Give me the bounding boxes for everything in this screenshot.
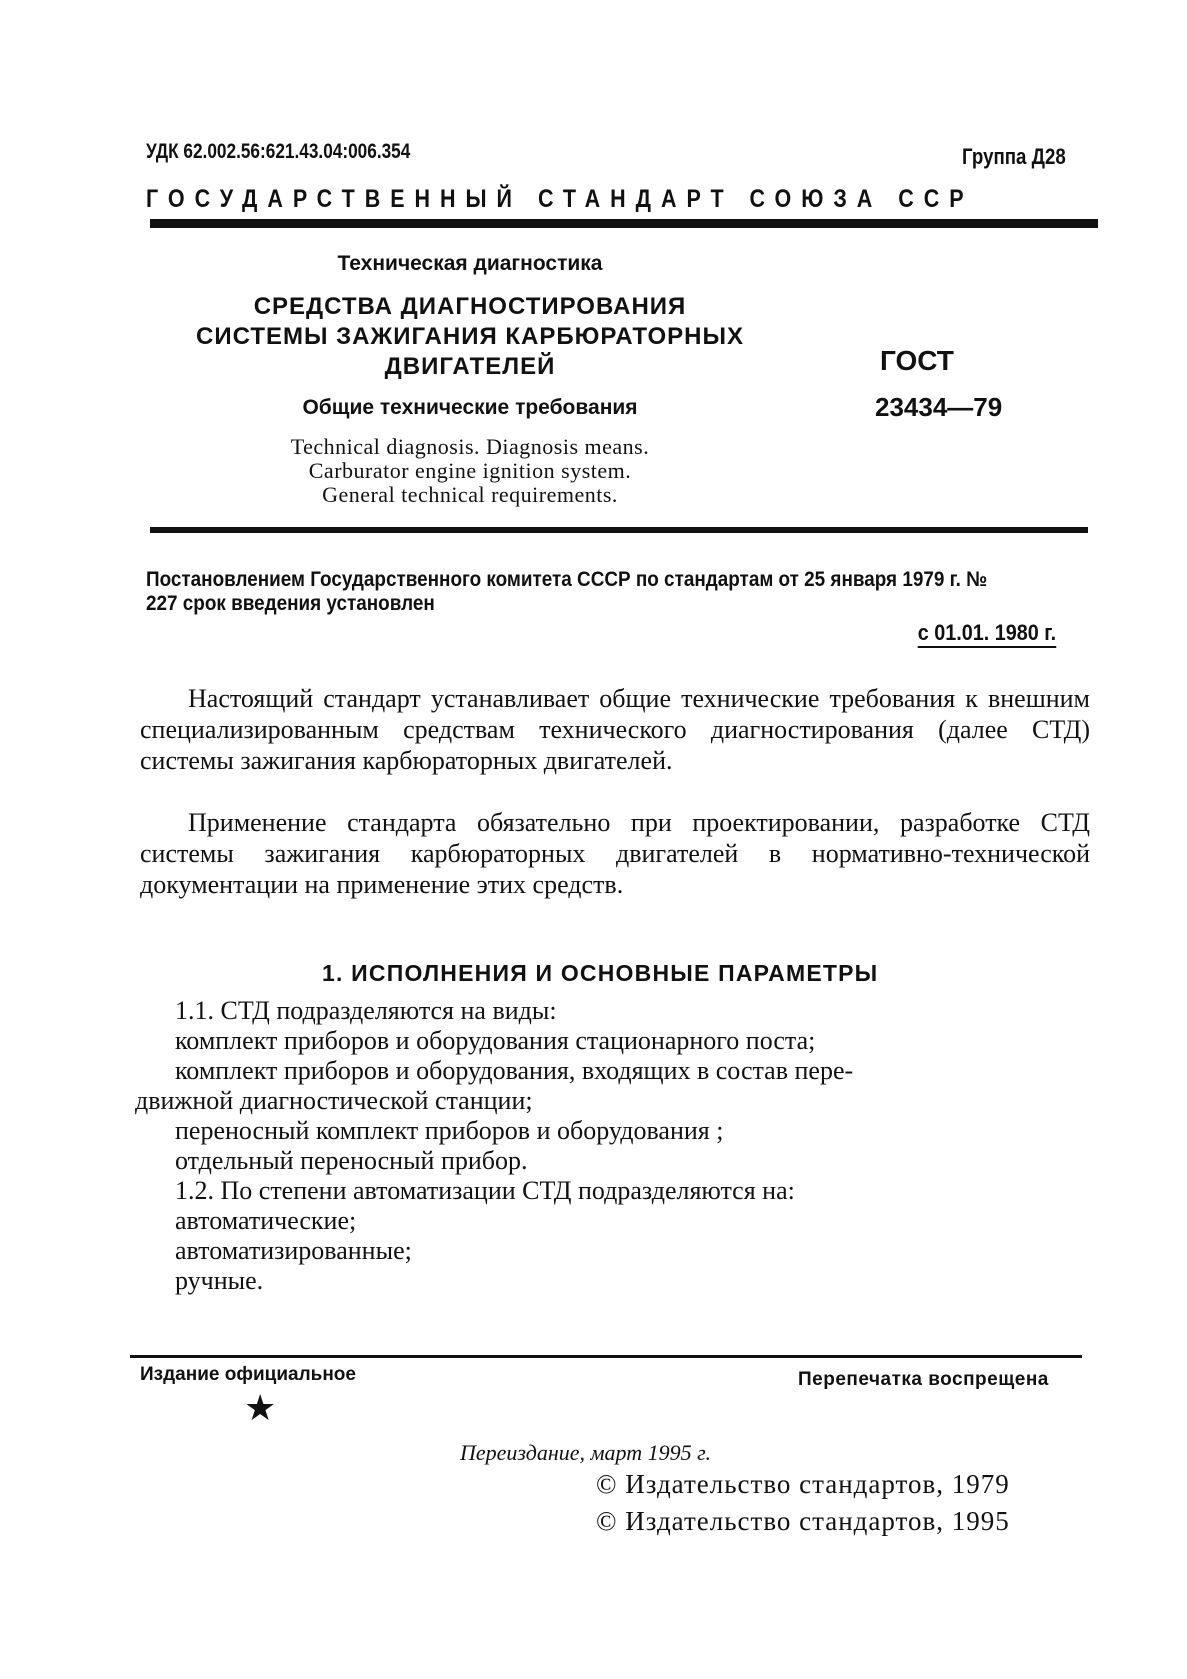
list-item: 1.2. По степени автоматизации СТД подраз…: [175, 1176, 1095, 1206]
decree-text: Постановлением Государственного комитета…: [146, 568, 1010, 616]
group-code: Группа Д28: [962, 144, 1066, 170]
list-item: комплект приборов и оборудования стацион…: [175, 1026, 1095, 1056]
list-item: переносный комплект приборов и оборудова…: [175, 1116, 1095, 1146]
list-item: ручные.: [175, 1266, 1095, 1296]
list-item: отдельный переносный прибор.: [175, 1146, 1095, 1176]
reissue-note: Переиздание, март 1995 г.: [460, 1440, 711, 1466]
star-icon: ★: [244, 1390, 276, 1426]
document-title: СРЕДСТВА ДИАГНОСТИРОВАНИЯ СИСТЕМЫ ЗАЖИГА…: [190, 292, 750, 382]
section-heading: 1. ИСПОЛНЕНИЯ И ОСНОВНЫЕ ПАРАМЕТРЫ: [322, 960, 878, 987]
list-item: автоматические;: [175, 1206, 1095, 1236]
official-edition-label: Издание официальное: [140, 1364, 356, 1386]
english-title: Technical diagnosis. Diagnosis means. Ca…: [190, 435, 750, 507]
english-line: Carburator engine ignition system.: [190, 459, 750, 483]
footer-divider: [130, 1355, 1082, 1358]
copyright-1995: © Издательство стандартов, 1995: [596, 1506, 1010, 1537]
english-line: General technical requirements.: [190, 483, 750, 507]
effective-date: с 01.01. 1980 г.: [918, 620, 1056, 648]
udk-code: УДК 62.002.56:621.43.04:006.354: [146, 140, 410, 164]
subject-heading: Техническая диагностика: [190, 252, 750, 276]
intro-paragraph-2: Применение стандарта обязательно при про…: [140, 807, 1090, 900]
list-item: 1.1. СТД подразделяются на виды:: [175, 996, 1095, 1026]
list-item: автоматизированные;: [175, 1236, 1095, 1266]
gost-number: 23434—79: [875, 392, 1002, 423]
english-line: Technical diagnosis. Diagnosis means.: [190, 435, 750, 459]
gost-label: ГОСТ: [880, 345, 954, 377]
title-line: СИСТЕМЫ ЗАЖИГАНИЯ КАРБЮРАТОРНЫХ: [190, 322, 750, 352]
state-standard-banner: ГОСУДАРСТВЕННЫЙ СТАНДАРТ СОЮЗА ССР: [146, 185, 974, 214]
list-item: комплект приборов и оборудования, входящ…: [175, 1056, 1095, 1086]
header-divider: [150, 219, 1098, 228]
list-item: движной диагностической станции;: [135, 1086, 1095, 1116]
section-list: 1.1. СТД подразделяются на виды: комплек…: [175, 996, 1095, 1296]
intro-paragraph-1: Настоящий стандарт устанавливает общие т…: [140, 683, 1090, 776]
title-divider: [150, 527, 1088, 533]
document-subtitle: Общие технические требования: [190, 396, 750, 420]
copyright-1979: © Издательство стандартов, 1979: [596, 1469, 1010, 1500]
title-line: ДВИГАТЕЛЕЙ: [190, 352, 750, 382]
title-line: СРЕДСТВА ДИАГНОСТИРОВАНИЯ: [190, 292, 750, 322]
reprint-forbidden-label: Перепечатка воспрещена: [798, 1369, 1049, 1391]
